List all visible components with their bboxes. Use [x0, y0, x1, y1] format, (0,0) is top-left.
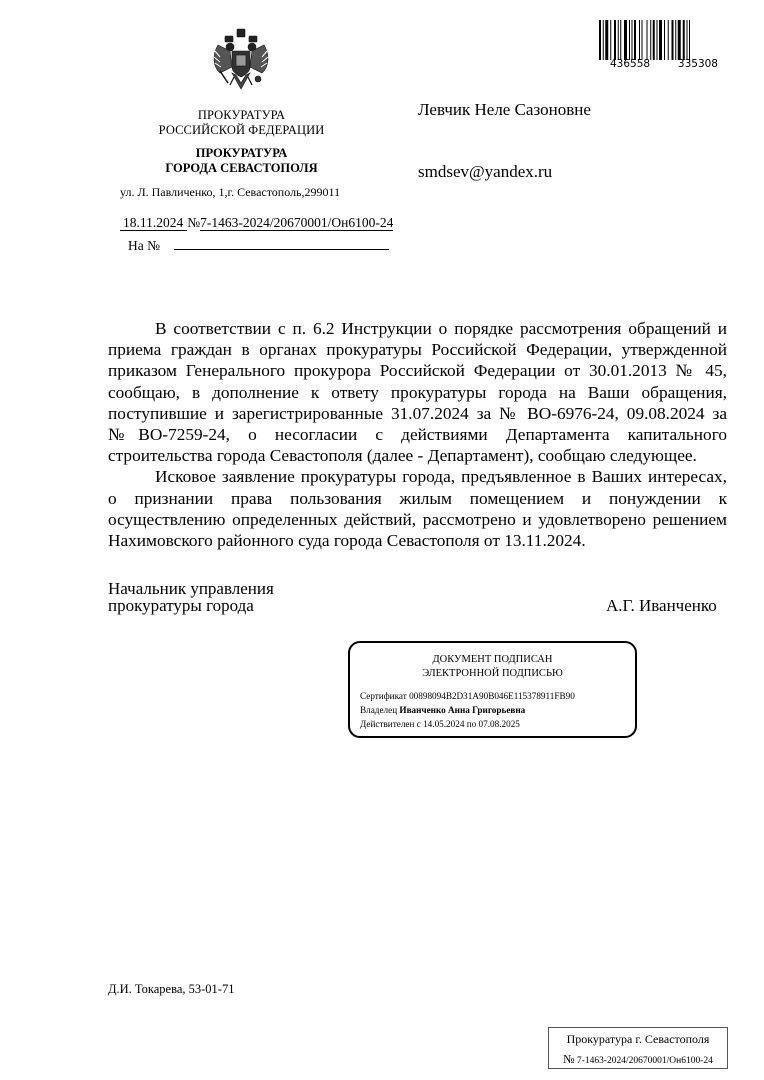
registration-date: 18.11.2024 — [120, 215, 187, 231]
body-paragraph: Исковое заявление прокуратуры города, пр… — [108, 466, 727, 551]
owner-label: Владелец — [360, 705, 397, 715]
reply-to-line: На № — [128, 238, 389, 254]
registration-stamp-box: Прокуратура г. Севастополя № 7-1463-2024… — [548, 1027, 728, 1069]
signer-position-line-1: Начальник управления — [108, 580, 274, 597]
signer-name: А.Г. Иванченко — [606, 596, 717, 616]
stamp-title: ДОКУМЕНТ ПОДПИСАН ЭЛЕКТРОННОЙ ПОДПИСЬЮ — [350, 653, 635, 681]
barcode-number-left: 436558 — [610, 58, 650, 70]
certificate-value: 00898094B2D31A90B046E115378911FB90 — [409, 691, 575, 701]
signer-position: Начальник управления прокуратуры города — [108, 580, 274, 614]
suborg-line-1: ПРОКУРАТУРА — [120, 146, 363, 161]
org-line-1: ПРОКУРАТУРА — [120, 108, 363, 123]
barcode — [598, 20, 730, 60]
russian-coat-of-arms-icon — [210, 27, 272, 97]
certificate-label: Сертификат — [360, 691, 407, 701]
registration-box-number: 7-1463-2024/20670001/Он6100-24 — [577, 1056, 713, 1066]
owner-value: Иванченко Анна Григорьевна — [399, 705, 525, 715]
barcode-number-right: 335308 — [678, 58, 718, 70]
valid-to-label: по — [467, 719, 477, 729]
org-line-2: РОССИЙСКОЙ ФЕДЕРАЦИИ — [120, 123, 363, 138]
stamp-title-line-2: ЭЛЕКТРОННОЙ ПОДПИСЬЮ — [350, 667, 635, 681]
valid-from: 14.05.2024 — [423, 719, 464, 729]
registration-box-no-label: № — [563, 1052, 574, 1066]
body-paragraph: В соответствии с п. 6.2 Инструкции о пор… — [108, 318, 727, 466]
suborganization-name: ПРОКУРАТУРА ГОРОДА СЕВАСТОПОЛЯ — [120, 146, 363, 176]
executor-contact: Д.И. Токарева, 53-01-71 — [108, 982, 234, 997]
valid-label: Действителен — [360, 719, 414, 729]
recipient-email: smdsev@yandex.ru — [418, 162, 552, 182]
registration-box-number-row: № 7-1463-2024/20670001/Он6100-24 — [549, 1052, 727, 1067]
suborg-line-2: ГОРОДА СЕВАСТОПОЛЯ — [120, 161, 363, 176]
stamp-owner-row: Владелец Иванченко Анна Григорьевна — [360, 705, 525, 715]
valid-to: 07.08.2025 — [479, 719, 520, 729]
stamp-validity-row: Действителен с 14.05.2024 по 07.08.2025 — [360, 719, 520, 729]
valid-from-label: с — [417, 719, 421, 729]
organization-name: ПРОКУРАТУРА РОССИЙСКОЙ ФЕДЕРАЦИИ — [120, 108, 363, 138]
organization-address: ул. Л. Павличенко, 1,г. Севастополь,2990… — [120, 185, 340, 200]
letter-body: В соответствии с п. 6.2 Инструкции о пор… — [108, 318, 727, 551]
registration-line: 18.11.2024№7-1463-2024/20670001/Он6100-2… — [120, 215, 393, 231]
reply-to-label: На № — [128, 238, 160, 253]
barcode-numbers: 436558 335308 — [598, 58, 730, 70]
signer-position-line-2: прокуратуры города — [108, 597, 274, 614]
registration-number-label: № — [187, 215, 200, 230]
reply-to-blank-field — [174, 238, 389, 250]
registration-number: 7-1463-2024/20670001/Он6100-24 — [200, 215, 393, 231]
recipient-name: Левчик Неле Сазоновне — [418, 100, 591, 120]
electronic-signature-stamp: ДОКУМЕНТ ПОДПИСАН ЭЛЕКТРОННОЙ ПОДПИСЬЮ С… — [348, 641, 637, 738]
stamp-title-line-1: ДОКУМЕНТ ПОДПИСАН — [350, 653, 635, 667]
stamp-certificate-row: Сертификат 00898094B2D31A90B046E11537891… — [360, 691, 575, 701]
registration-box-org: Прокуратура г. Севастополя — [549, 1032, 727, 1047]
